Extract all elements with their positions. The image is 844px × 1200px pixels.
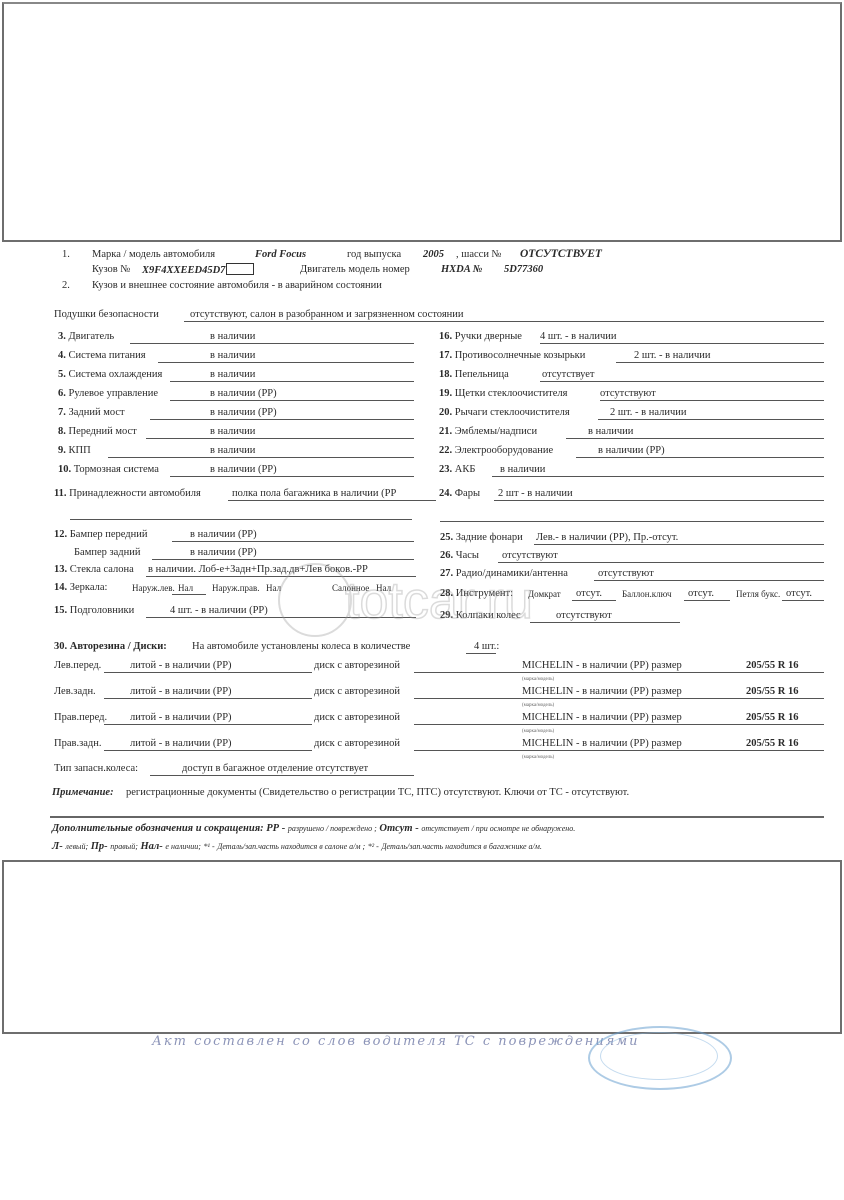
watermark-logo: totcar.ru	[275, 560, 595, 640]
tire-disk-text: диск с авторезиной	[314, 685, 400, 698]
item-15: 15. Подголовники	[54, 604, 134, 617]
right-item-value: в наличии	[588, 425, 633, 438]
right-item: 19. Щетки стеклоочистителя	[439, 387, 568, 400]
right-item-value: 2 шт. - в наличии	[610, 406, 686, 419]
left-item-underline	[170, 476, 414, 477]
make-model-value: Ford Focus	[255, 248, 306, 261]
tire-brand: MICHELIN - в наличии (РР) размер	[522, 685, 682, 698]
item-11-second-line	[70, 519, 412, 520]
tool-tow-label: Петля букс.	[736, 588, 780, 601]
left-item-underline	[170, 381, 414, 382]
tire-brand-caption: (марка/модель)	[522, 751, 554, 764]
left-item: 8. Передний мост	[58, 425, 137, 438]
chassis-value: ОТСУТСТВУЕТ	[520, 248, 602, 261]
tires-heading: 30. Авторезина / Диски:	[54, 640, 167, 653]
left-item: 7. Задний мост	[58, 406, 125, 419]
spare-wheel-label: Тип запасн.колеса:	[54, 762, 138, 775]
item-12: 12. Бампер передний	[54, 528, 148, 541]
right-item: 17. Противосолнечные козырьки	[439, 349, 585, 362]
right-item: 23. АКБ	[439, 463, 475, 476]
tire-disk-value: литой - в наличии (РР)	[130, 711, 232, 724]
tire-size: 205/55 R 16	[746, 737, 799, 750]
right-item-value: отсутствуют	[600, 387, 656, 400]
left-item-underline	[170, 400, 414, 401]
redacted-vin-box	[226, 263, 254, 275]
item-11-value: полка пола багажника в наличии (РР	[232, 487, 396, 500]
tire-brand-underline	[414, 672, 824, 673]
item-27-underline	[594, 580, 824, 581]
legend-line-2: Л- левый; Пр- правый; Нал- е наличии; *¹…	[52, 840, 542, 853]
mirror-left-underline	[172, 594, 206, 595]
tire-size: 205/55 R 16	[746, 711, 799, 724]
tire-disk-value: литой - в наличии (РР)	[130, 659, 232, 672]
right-item-underline	[566, 438, 824, 439]
spare-wheel-underline	[150, 775, 414, 776]
engine-label: Двигатель модель номер	[300, 263, 410, 276]
body-number-label: Кузов №	[92, 263, 130, 276]
airbags-underline	[184, 321, 824, 322]
right-item-value: 4 шт. - в наличии	[540, 330, 616, 343]
tire-disk-underline	[104, 724, 312, 725]
tire-disk-underline	[104, 750, 312, 751]
tire-disk-text: диск с авторезиной	[314, 711, 400, 724]
right-item-underline	[540, 343, 824, 344]
item-27-value: отсутствуют	[598, 567, 654, 580]
item-14: 14. Зеркала:	[54, 581, 107, 594]
section-2-number: 2.	[62, 279, 70, 292]
tires-count: 4 шт.:	[474, 640, 499, 653]
redacted-top-area	[2, 2, 842, 242]
mirror-right-label: Наруж.прав.	[212, 582, 260, 595]
tire-brand: MICHELIN - в наличии (РР) размер	[522, 737, 682, 750]
legend-line-1: Дополнительные обозначения и сокращения:…	[52, 822, 575, 835]
left-item-value: в наличии	[210, 349, 255, 362]
mirror-left-label: Наруж.лев.	[132, 582, 175, 595]
engine-number-value: 5D77360	[504, 263, 543, 276]
section-1-number: 1.	[62, 248, 70, 261]
left-item: 5. Система охлаждения	[58, 368, 162, 381]
chassis-label: , шасси №	[456, 248, 502, 261]
tool-wrench-label: Баллон.ключ	[622, 588, 672, 601]
tool-tow-underline	[782, 600, 824, 601]
right-item-underline	[576, 457, 824, 458]
left-item: 3. Двигатель	[58, 330, 114, 343]
inspection-document: 1. Марка / модель автомобиля Ford Focus …	[0, 0, 844, 1200]
tires-intro: На автомобиле установлены колеса в колич…	[192, 640, 410, 653]
note-text: регистрационные документы (Свидетельство…	[126, 786, 629, 799]
tire-brand-underline	[414, 698, 824, 699]
tire-position: Прав.задн.	[54, 737, 101, 750]
left-item-underline	[150, 419, 414, 420]
left-item-underline	[146, 438, 414, 439]
right-item-underline	[492, 476, 824, 477]
handwritten-note: Акт составлен со слов водителя ТС с повр…	[152, 1034, 639, 1049]
right-item: 22. Электрооборудование	[439, 444, 553, 457]
left-item-underline	[158, 362, 414, 363]
right-item-underline	[616, 362, 824, 363]
tires-count-underline	[466, 653, 496, 654]
left-item-value: в наличии (РР)	[210, 387, 277, 400]
left-item: 9. КПП	[58, 444, 91, 457]
right-item-underline	[540, 381, 824, 382]
stamp-inner	[600, 1032, 718, 1080]
item-11: 11. Принадлежности автомобиля	[54, 487, 201, 500]
spare-wheel-value: доступ в багажное отделение отсутствует	[182, 762, 368, 775]
item-11-underline	[228, 500, 436, 501]
tire-disk-value: литой - в наличии (РР)	[130, 685, 232, 698]
svg-text:totcar.ru: totcar.ru	[345, 572, 533, 630]
right-item: 16. Ручки дверные	[439, 330, 522, 343]
make-model-label: Марка / модель автомобиля	[92, 248, 215, 261]
tire-brand: MICHELIN - в наличии (РР) размер	[522, 711, 682, 724]
right-item-value: в наличии (РР)	[598, 444, 665, 457]
item-12-value: в наличии (РР)	[190, 528, 257, 541]
tire-disk-underline	[104, 698, 312, 699]
left-item-value: в наличии	[210, 368, 255, 381]
right-item-value: в наличии	[500, 463, 545, 476]
right-item-underline	[600, 400, 824, 401]
airbags-label: Подушки безопасности	[54, 308, 159, 321]
tire-size: 205/55 R 16	[746, 659, 799, 672]
engine-model-value: HXDA №	[441, 263, 482, 276]
item-15-value: 4 шт. - в наличии (РР)	[170, 604, 268, 617]
right-item-value: отсутствует	[542, 368, 595, 381]
tire-position: Прав.перед.	[54, 711, 107, 724]
item-24-underline	[494, 500, 824, 501]
year-label: год выпуска	[347, 248, 401, 261]
divider-line	[50, 816, 824, 818]
left-item-value: в наличии	[210, 444, 255, 457]
tire-position: Лев.перед.	[54, 659, 101, 672]
left-item: 10. Тормозная система	[58, 463, 159, 476]
tire-disk-text: диск с авторезиной	[314, 737, 400, 750]
tire-brand-underline	[414, 724, 824, 725]
item-12-underline	[172, 541, 414, 542]
right-item-underline	[598, 419, 824, 420]
year-value: 2005	[423, 248, 444, 261]
left-item-value: в наличии (РР)	[210, 463, 277, 476]
right-item: 18. Пепельница	[439, 368, 509, 381]
right-item-value: 2 шт. - в наличии	[634, 349, 710, 362]
tire-disk-text: диск с авторезиной	[314, 659, 400, 672]
right-item: 21. Эмблемы/надписи	[439, 425, 537, 438]
left-item: 6. Рулевое управление	[58, 387, 158, 400]
left-item-value: в наличии	[210, 330, 255, 343]
tire-brand-underline	[414, 750, 824, 751]
item-25: 25. Задние фонари	[440, 531, 523, 544]
tire-size: 205/55 R 16	[746, 685, 799, 698]
item-25-underline	[534, 544, 824, 545]
tire-brand: MICHELIN - в наличии (РР) размер	[522, 659, 682, 672]
body-number-value: X9F4XXEED45D7	[142, 263, 254, 277]
note-label: Примечание:	[52, 786, 114, 799]
tool-wrench-underline	[684, 600, 730, 601]
item-25-value: Лев.- в наличии (РР), Пр.-отсут.	[536, 531, 678, 544]
tool-tow-value: отсут.	[786, 587, 812, 600]
tool-wrench-value: отсут.	[688, 587, 714, 600]
right-item: 20. Рычаги стеклоочистителя	[439, 406, 570, 419]
item-12b-label: Бампер задний	[74, 546, 141, 559]
left-item-underline	[108, 457, 414, 458]
item-24-second-line	[440, 521, 824, 522]
left-item-value: в наличии (РР)	[210, 406, 277, 419]
tire-position: Лев.задн.	[54, 685, 96, 698]
airbags-value: отсутствуют, салон в разобранном и загря…	[190, 308, 464, 321]
left-item-underline	[130, 343, 414, 344]
item-24: 24. Фары	[439, 487, 480, 500]
redacted-bottom-area	[2, 860, 842, 1034]
item-24-value: 2 шт - в наличии	[498, 487, 573, 500]
left-item: 4. Система питания	[58, 349, 146, 362]
tire-disk-value: литой - в наличии (РР)	[130, 737, 232, 750]
tire-disk-underline	[104, 672, 312, 673]
body-condition-text: Кузов и внешнее состояние автомобиля - в…	[92, 279, 382, 292]
item-13: 13. Стекла салона	[54, 563, 134, 576]
item-12b-value: в наличии (РР)	[190, 546, 257, 559]
left-item-value: в наличии	[210, 425, 255, 438]
